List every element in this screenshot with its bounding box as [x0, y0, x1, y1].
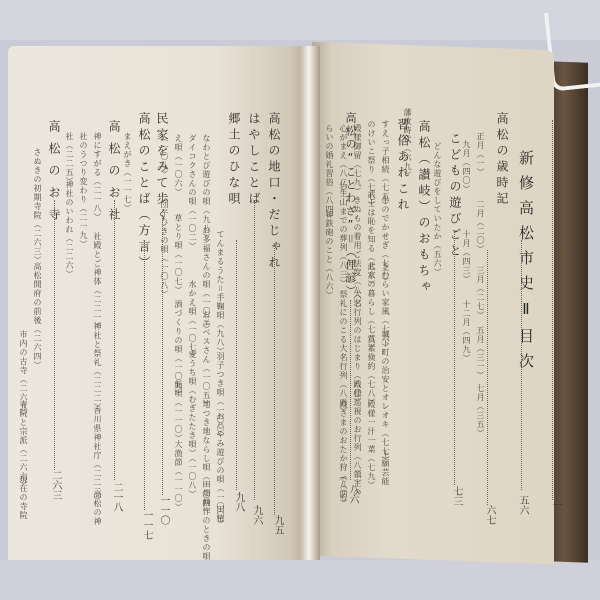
toc-entry: 田畑耕作のときの唄: [201, 480, 212, 561]
page-number: 二六三: [48, 470, 63, 500]
book-cover-edge: [548, 61, 588, 562]
toc-entry: 上願芸能: [380, 450, 391, 486]
toc-entry: どんな遊びをしていたか（五六）: [432, 142, 443, 277]
toc-entry: 五月（三一）: [475, 326, 486, 380]
page-number: 七三: [449, 486, 464, 506]
toc-entry: まえがき（一一七）: [122, 132, 133, 213]
page-number: 六七: [482, 505, 497, 525]
leader-dots: [454, 230, 455, 485]
section-heading: 民家をみて歩く: [154, 112, 171, 224]
toc-entry: 神鉄砲のこと（八六）: [324, 210, 335, 300]
toc-entry: 神社と祭礼（二二二）: [92, 322, 103, 412]
page-number: 一一七: [139, 510, 154, 540]
toc-entry: 田植: [215, 505, 226, 523]
toc-entry: 麦うち唄（むぎたたき唄）（一〇八）: [187, 350, 198, 499]
background-top: [0, 0, 600, 40]
section-heading: こどもの遊びごと: [447, 132, 464, 260]
toc-entry: 社のうつり変わり（二一九）: [78, 132, 89, 249]
leader-dots: [114, 200, 115, 480]
toc-entry: 草とり唄（一〇七）: [173, 214, 184, 295]
section-heading: 郷土のひな唄: [226, 112, 243, 208]
leader-dots: [350, 300, 351, 480]
book-gutter: [300, 46, 320, 560]
leader-dots: [162, 215, 163, 495]
section-heading: 高松の歳時記: [494, 112, 511, 208]
leader-dots: [236, 240, 237, 490]
toc-entry: 高松開府の前後（二六四）: [32, 262, 43, 370]
page-number: 一: [548, 500, 563, 510]
toc-entry: 十二月（四九）: [461, 300, 472, 363]
page-number: 九五: [270, 515, 285, 535]
page-number: 一一〇: [156, 495, 171, 525]
background-table: [0, 560, 600, 600]
section-heading: はやしことば: [246, 112, 263, 208]
toc-entry: 社殿とご神体（二二一）: [92, 232, 103, 331]
leader-dots: [552, 120, 553, 500]
toc-entry: 水かえ唄（一〇七）: [187, 280, 198, 361]
toc-entry: 三月（二七）: [475, 266, 486, 320]
leader-dots: [54, 200, 55, 470]
leader-dots: [254, 200, 255, 500]
section-heading: 高松（讃岐）のおもちゃ: [416, 120, 433, 296]
toc-entry: らいの婚礼習俗（八四）: [324, 124, 335, 223]
leader-dots: [144, 240, 145, 510]
page-number: 二一八: [109, 482, 124, 512]
toc-entry: 神にすがる（二一八）: [92, 132, 103, 222]
page-number: 九六: [249, 505, 264, 525]
toc-entry: 船唄（一一〇）: [173, 380, 184, 443]
leader-dots: [487, 250, 488, 505]
toc-entry: え唄（一〇六）: [173, 134, 184, 197]
toc-entry: てんまるうた＝手鞠唄（九八）: [215, 230, 226, 356]
toc-entry: 質素倹約（七八）: [366, 335, 377, 407]
section-heading: 習俗あれこれ: [395, 118, 412, 214]
page-number: 五六: [515, 495, 530, 515]
toc-entry: 正月（一）: [475, 132, 486, 177]
leader-dots: [274, 245, 275, 515]
toc-entry: 祭礼にのこる大名行列（八五）: [338, 290, 349, 416]
page-number: 九八: [231, 492, 246, 512]
page-number: 八六: [345, 484, 360, 504]
section-heading: 高松の“ことわざ”＝（俚諺）: [342, 112, 358, 298]
toc-entry: 社（二二五）: [64, 132, 75, 186]
toc-entry: ダイコクさんの唄（一〇二）: [187, 134, 198, 251]
toc-entry: さぬきの初期寺院（二六三）: [32, 148, 43, 265]
toc-entry: おエベスさん（一〇五）: [201, 310, 212, 409]
toc-entry: 現在の寺院: [18, 475, 29, 520]
toc-entry: 神社のいわれ（二二六）: [64, 180, 75, 279]
toc-title: 新修高松市史Ⅱ目次: [516, 150, 537, 378]
toc-entry: 大漁節（一一〇）: [173, 440, 184, 512]
toc-entry: 殿様一汁一菜（七九）: [366, 400, 377, 490]
toc-entry: 城下町の治安とオレオキ（七七）: [380, 330, 391, 465]
toc-entry: 高松の神: [92, 490, 103, 526]
toc-entry: 二月（二〇）: [475, 200, 486, 254]
toc-entry: 七月（三五）: [475, 384, 486, 438]
leader-dots: [521, 240, 522, 490]
